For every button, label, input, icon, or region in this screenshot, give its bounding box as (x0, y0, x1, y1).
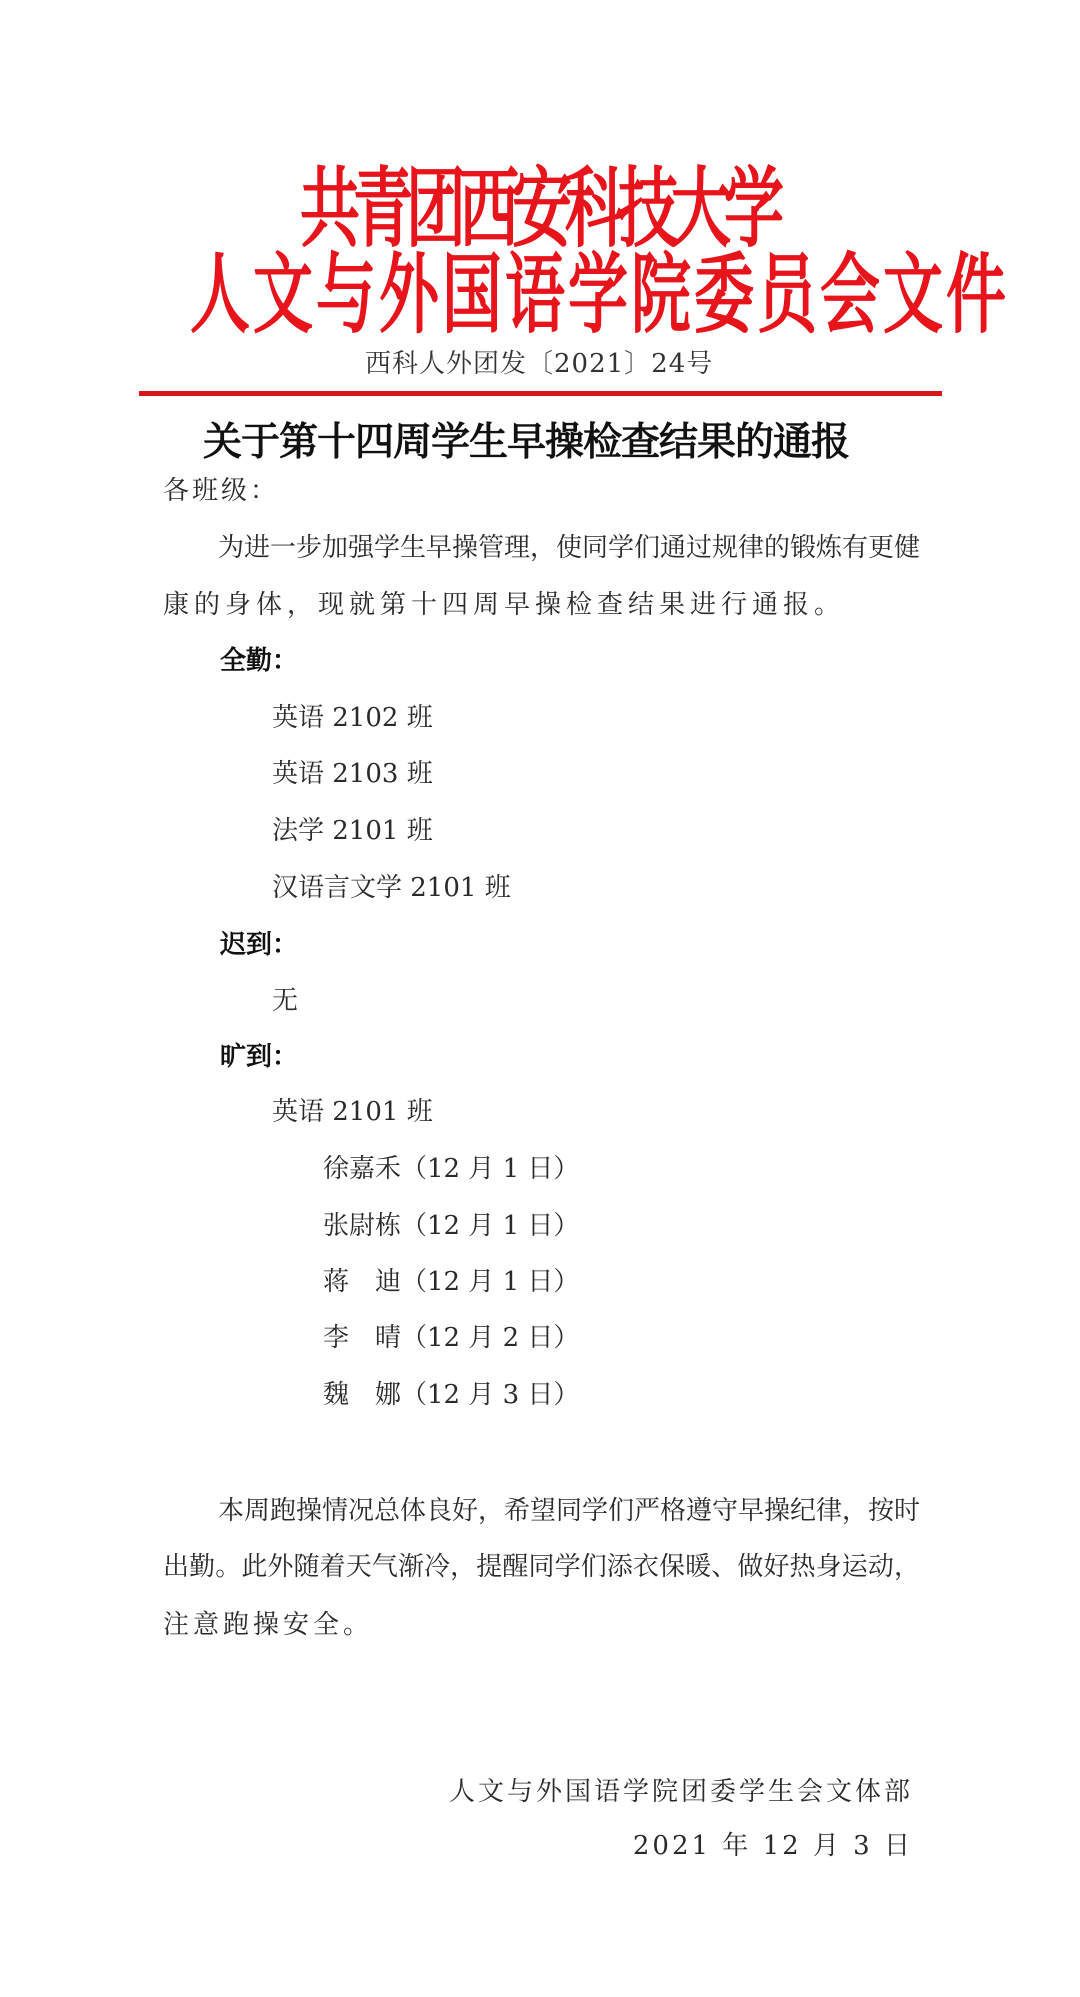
intro-line-1: 为进一步加强学生早操管理，使同学们通过规律的锻炼有更健 (218, 527, 920, 564)
issue-date: 2021 年 12 月 3 日 (633, 1825, 913, 1862)
closing-line-2: 出勤。此外随着天气渐冷，提醒同学们添衣保暖、做好热身运动， (163, 1546, 920, 1583)
red-divider (139, 391, 942, 396)
absent-student: 李 晴（12 月 2 日） (323, 1317, 579, 1354)
list-item: 法学 2101 班 (272, 810, 433, 847)
absent-student: 蒋 迪（12 月 1 日） (323, 1261, 579, 1298)
section-label-full-attendance: 全勤： (220, 640, 298, 677)
document-number: 西科人外团发〔2021〕24号 (365, 343, 713, 380)
absent-student: 徐嘉禾（12 月 1 日） (323, 1148, 579, 1185)
list-item: 英语 2103 班 (272, 753, 433, 790)
closing-line-1: 本周跑操情况总体良好，希望同学们严格遵守早操纪律，按时 (218, 1490, 920, 1527)
closing-line-3: 注意跑操安全。 (163, 1604, 373, 1641)
absent-class: 英语 2101 班 (272, 1091, 433, 1128)
absent-student: 张尉栋（12 月 1 日） (323, 1205, 579, 1242)
section-label-absent: 旷到： (220, 1036, 298, 1073)
intro-line-2: 康的身体，现就第十四周早操检查结果进行通报。 (163, 584, 845, 621)
section-label-late: 迟到： (220, 924, 298, 961)
list-item: 汉语言文学 2101 班 (272, 867, 511, 904)
list-item: 无 (272, 980, 298, 1017)
list-item: 英语 2102 班 (272, 697, 433, 734)
salutation: 各班级： (163, 470, 279, 507)
absent-student: 魏 娜（12 月 3 日） (323, 1374, 579, 1411)
page-title: 关于第十四周学生早操检查结果的通报 (203, 411, 849, 467)
header-org-line2: 人文与外国语学院委员会文件 (190, 226, 1009, 351)
signature: 人文与外国语学院团委学生会文体部 (449, 1771, 913, 1808)
